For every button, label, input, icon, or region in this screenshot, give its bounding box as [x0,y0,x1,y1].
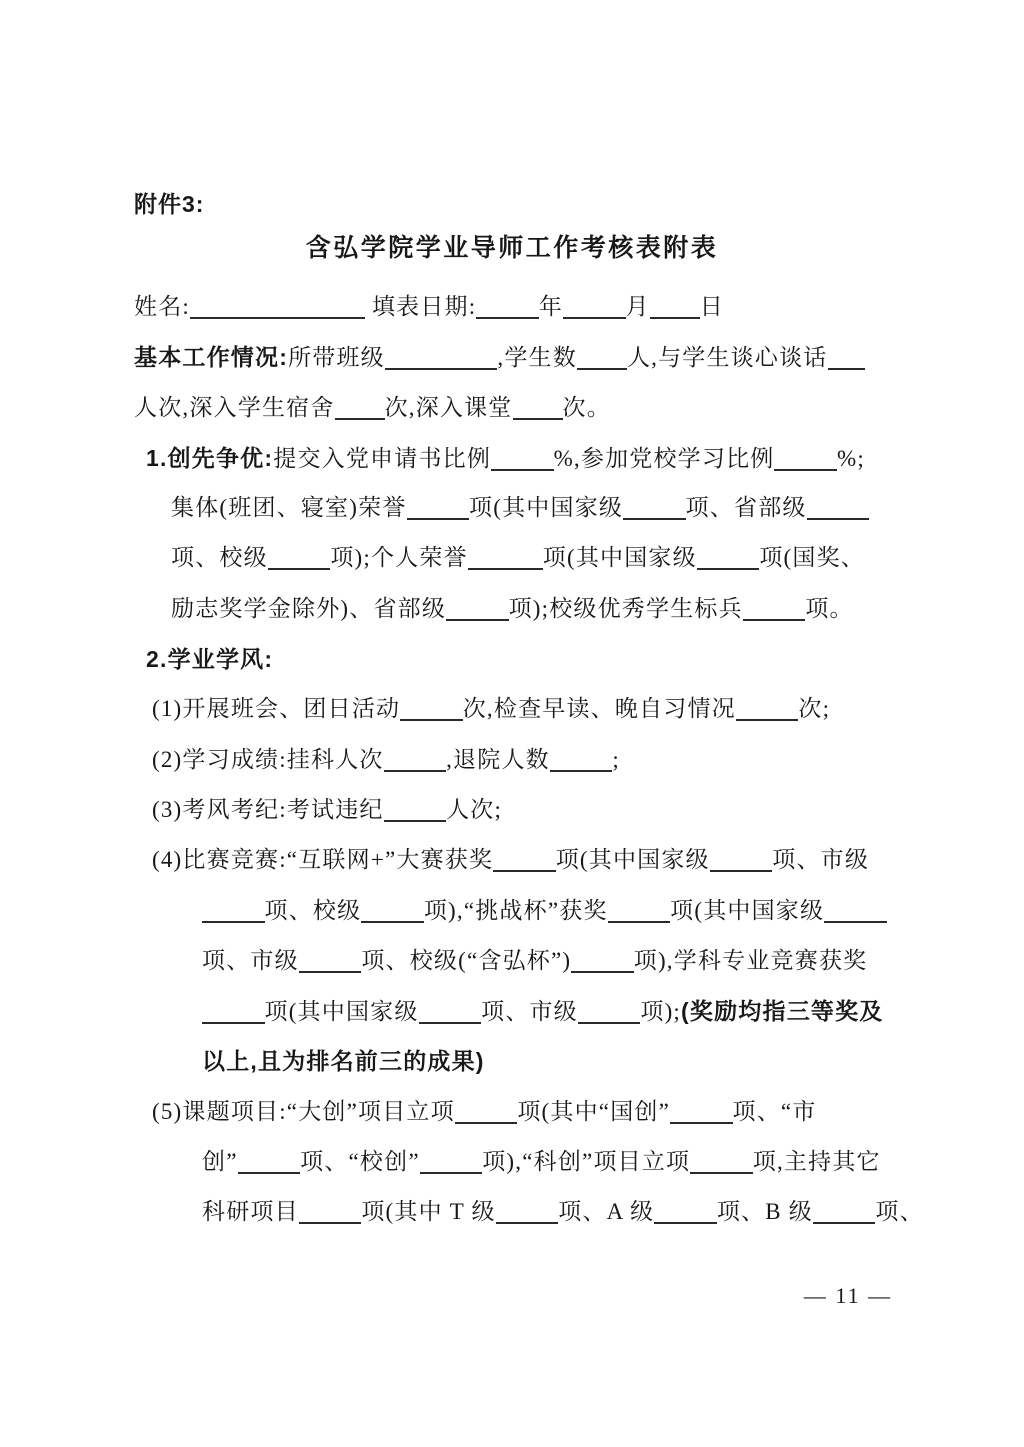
bold-text-run: 2.学业学风: [146,646,273,672]
bold-text-run: 基本工作情况: [134,344,288,370]
blank-field [578,1022,641,1024]
blank-field [670,1122,733,1124]
blank-field [577,368,627,370]
text-run: 项、校级项),“挑战杯”获奖项(其中国家级 [202,898,887,923]
blank-field [650,317,700,319]
text-run: (4)比赛竞赛:“互联网+”大赛获奖项(其中国家级项、市级 [152,847,869,872]
blank-field [743,619,806,621]
form-line: 项、校级项);个人荣誉项(其中国家级项(国奖、 [0,533,1024,583]
form-line: 项、校级项),“挑战杯”获奖项(其中国家级 [0,886,1024,936]
blank-field [824,921,887,923]
blank-field [446,619,509,621]
blank-field [496,1222,559,1224]
form-line: (5)课题项目:“大创”项目立项项(其中“国创”项、“市 [0,1087,1024,1137]
blank-field [202,1022,265,1024]
blank-field [654,1222,717,1224]
text-run: 创”项、“校创”项),“科创”项目立项项,主持其它 [202,1149,881,1174]
blank-field [335,418,385,420]
blank-field [407,518,470,520]
blank-field [736,719,799,721]
form-line: 科研项目项(其中 T 级项、A 级项、B 级项、 [0,1187,1024,1237]
blank-field [420,1172,483,1174]
bold-text-run: 以上,且为排名前三的成果) [202,1048,485,1074]
text-run: 项、校级项);个人荣誉项(其中国家级项(国奖、 [171,545,865,570]
blank-field [493,870,556,872]
blank-field [385,368,498,370]
form-line: 姓名: 填表日期:年月日 [0,282,1024,332]
form-line: 集体(班团、寝室)荣誉项(其中国家级项、省部级 [0,483,1024,533]
blank-field [623,518,686,520]
text-run: 项、市级项、校级(“含弘杯”)项),学科专业竞赛获奖 [202,948,867,973]
text-run: 集体(班团、寝室)荣誉项(其中国家级项、省部级 [171,495,869,520]
form-line: 创”项、“校创”项),“科创”项目立项项,主持其它 [0,1137,1024,1187]
bold-text-run: (奖励均指三等奖及 [681,998,883,1024]
blank-field [468,568,543,570]
text-run: (5)课题项目:“大创”项目立项项(其中“国创”项、“市 [152,1099,817,1124]
blank-field [710,870,773,872]
form-line: (2)学习成绩:挂科人次,退院人数; [0,735,1024,785]
blank-field [690,1172,753,1174]
blank-field [238,1172,301,1174]
blank-field [455,1122,518,1124]
form-line: 励志奖学金除外)、省部级项);校级优秀学生标兵项。 [0,584,1024,634]
blank-field [774,469,837,471]
text-run: 项(其中国家级项、市级项); [202,999,681,1024]
form-line: (1)开展班会、团日活动次,检查早读、晚自习情况次; [0,684,1024,734]
blank-field [513,418,563,420]
text-run: 人次,深入学生宿舍次,深入课堂次。 [134,395,611,420]
blank-field [361,921,424,923]
text-run: 姓名: 填表日期:年月日 [134,294,724,319]
page-number: — 11 — [778,1283,918,1309]
form-body: 姓名: 填表日期:年月日基本工作情况:所带班级,学生数人,与学生谈心谈话人次,深… [0,282,1024,1238]
form-line: 以上,且为排名前三的成果) [0,1036,1024,1086]
blank-field [202,921,265,923]
text-run: (3)考风考纪:考试违纪人次; [152,797,502,822]
text-run: (2)学习成绩:挂科人次,退院人数; [152,747,620,772]
text-run: 励志奖学金除外)、省部级项);校级优秀学生标兵项。 [171,596,854,621]
form-line: 项、市级项、校级(“含弘杯”)项),学科专业竞赛获奖 [0,936,1024,986]
blank-field [299,971,362,973]
form-line: 基本工作情况:所带班级,学生数人,与学生谈心谈话 [0,332,1024,382]
blank-field [571,971,634,973]
form-line: (4)比赛竞赛:“互联网+”大赛获奖项(其中国家级项、市级 [0,835,1024,885]
text-run: 所带班级,学生数人,与学生谈心谈话 [288,345,865,370]
blank-field [476,317,539,319]
text-run: (1)开展班会、团日活动次,检查早读、晚自习情况次; [152,696,830,721]
blank-field [190,317,365,319]
blank-field [491,469,554,471]
blank-field [828,368,866,370]
form-line: 2.学业学风: [0,634,1024,684]
form-line: 1.创先争优:提交入党申请书比例%,参加党校学习比例%; [0,433,1024,483]
blank-field [384,820,447,822]
blank-field [608,921,671,923]
text-run: 提交入党申请书比例%,参加党校学习比例%; [273,446,865,471]
blank-field [419,1022,482,1024]
form-line: 人次,深入学生宿舍次,深入课堂次。 [0,383,1024,433]
blank-field [550,770,613,772]
bold-text-run: 1.创先争优: [146,445,273,471]
form-line: (3)考风考纪:考试违纪人次; [0,785,1024,835]
blank-field [400,719,463,721]
blank-field [299,1222,362,1224]
blank-field [384,770,447,772]
blank-field [697,568,760,570]
attachment-label: 附件3: [134,186,204,219]
blank-field [807,518,870,520]
blank-field [268,568,331,570]
blank-field [813,1222,876,1224]
form-line: 项(其中国家级项、市级项);(奖励均指三等奖及 [0,986,1024,1036]
page-title: 含弘学院学业导师工作考核表附表 [0,228,1024,264]
document-page: 附件3: 含弘学院学业导师工作考核表附表 姓名: 填表日期:年月日基本工作情况:… [0,0,1024,1447]
blank-field [563,317,626,319]
text-run: 科研项目项(其中 T 级项、A 级项、B 级项、 [202,1199,924,1224]
